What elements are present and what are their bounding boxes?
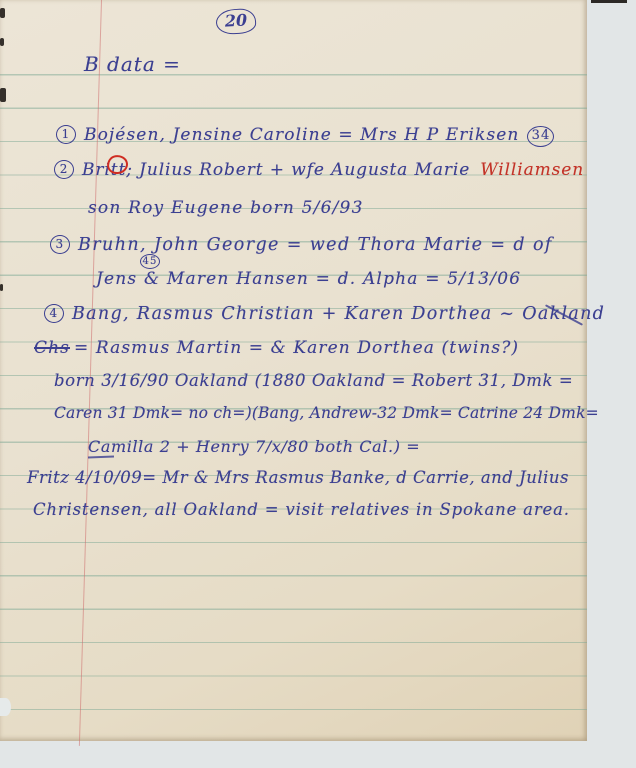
- entry-4-final-line: Christensen, all Oakland = visit relativ…: [33, 500, 570, 519]
- struck-out-word: Chs: [34, 338, 70, 358]
- entry-2-circled-number: 2: [54, 160, 74, 179]
- torn-paper-notch: [0, 698, 11, 716]
- entry-1-circled-number: 1: [56, 125, 76, 144]
- entry-3-line: 3Bruhn, John George = wed Thora Marie = …: [50, 235, 553, 255]
- scan-edge-mark: [0, 88, 6, 102]
- entry-3-circled-number: 3: [50, 235, 70, 254]
- scan-edge-mark: [0, 284, 3, 291]
- entry-4-line: 4Bang, Rasmus Christian + Karen Dorthea …: [44, 304, 605, 324]
- entry-4-born-line: born 3/16/90 Oakland (1880 Oakland = Rob…: [54, 371, 573, 390]
- entry-1-circled-badge: 34: [527, 126, 554, 147]
- heading-b-data: B data =: [84, 52, 181, 76]
- scanner-edge-artifact: [591, 0, 627, 3]
- twins-line-text: = Rasmus Martin = & Karen Dorthea (twins…: [74, 338, 519, 358]
- entry-4-circled-number: 4: [44, 304, 64, 323]
- entry-4-fritz-line: Fritz 4/10/09= Mr & Mrs Rasmus Banke, d …: [27, 468, 569, 487]
- entry-4-twins-line: Chs= Rasmus Martin = & Karen Dorthea (tw…: [34, 338, 519, 358]
- entry-2-line: 2Britt; Julius Robert + wfe Augusta Mari…: [54, 160, 584, 180]
- notebook-page: 20 B data = 1Bojésen, Jensine Caroline =…: [0, 0, 587, 741]
- scanned-document: { "page": { "page_number": "20", "headin…: [0, 0, 636, 768]
- entry-4-text: Bang, Rasmus Christian + Karen Dorthea ~…: [72, 304, 605, 324]
- entry-1-line: 1Bojésen, Jensine Caroline = Mrs H P Eri…: [56, 125, 554, 147]
- entry-2-text: Britt; Julius Robert + wfe Augusta Marie: [82, 160, 470, 180]
- entry-3-text: Bruhn, John George = wed Thora Marie = d…: [78, 235, 553, 255]
- underline-dash: [88, 456, 114, 459]
- scan-edge-mark: [0, 8, 5, 18]
- page-number-circled: 20: [215, 8, 256, 35]
- inserted-circled-45: 45: [140, 254, 160, 269]
- entry-4-census-line: Caren 31 Dmk= no ch=)(Bang, Andrew-32 Dm…: [54, 404, 599, 422]
- scan-edge-mark: [0, 38, 4, 46]
- entry-2-red-correction: Williamsen: [480, 160, 584, 180]
- entry-3-continuation-line: Jens & Maren Hansen = d. Alpha = 5/13/06…: [96, 269, 521, 289]
- entry-2-continuation-line: son Roy Eugene born 5/6/93: [88, 198, 364, 218]
- entry-1-text: Bojésen, Jensine Caroline = Mrs H P Erik…: [84, 125, 519, 145]
- entry-4-children-line: Camilla 2 + Henry 7/x/80 both Cal.) =: [88, 437, 420, 456]
- entry-3-continuation-text: Jens & Maren Hansen = d. Alpha = 5/13/06: [96, 269, 521, 289]
